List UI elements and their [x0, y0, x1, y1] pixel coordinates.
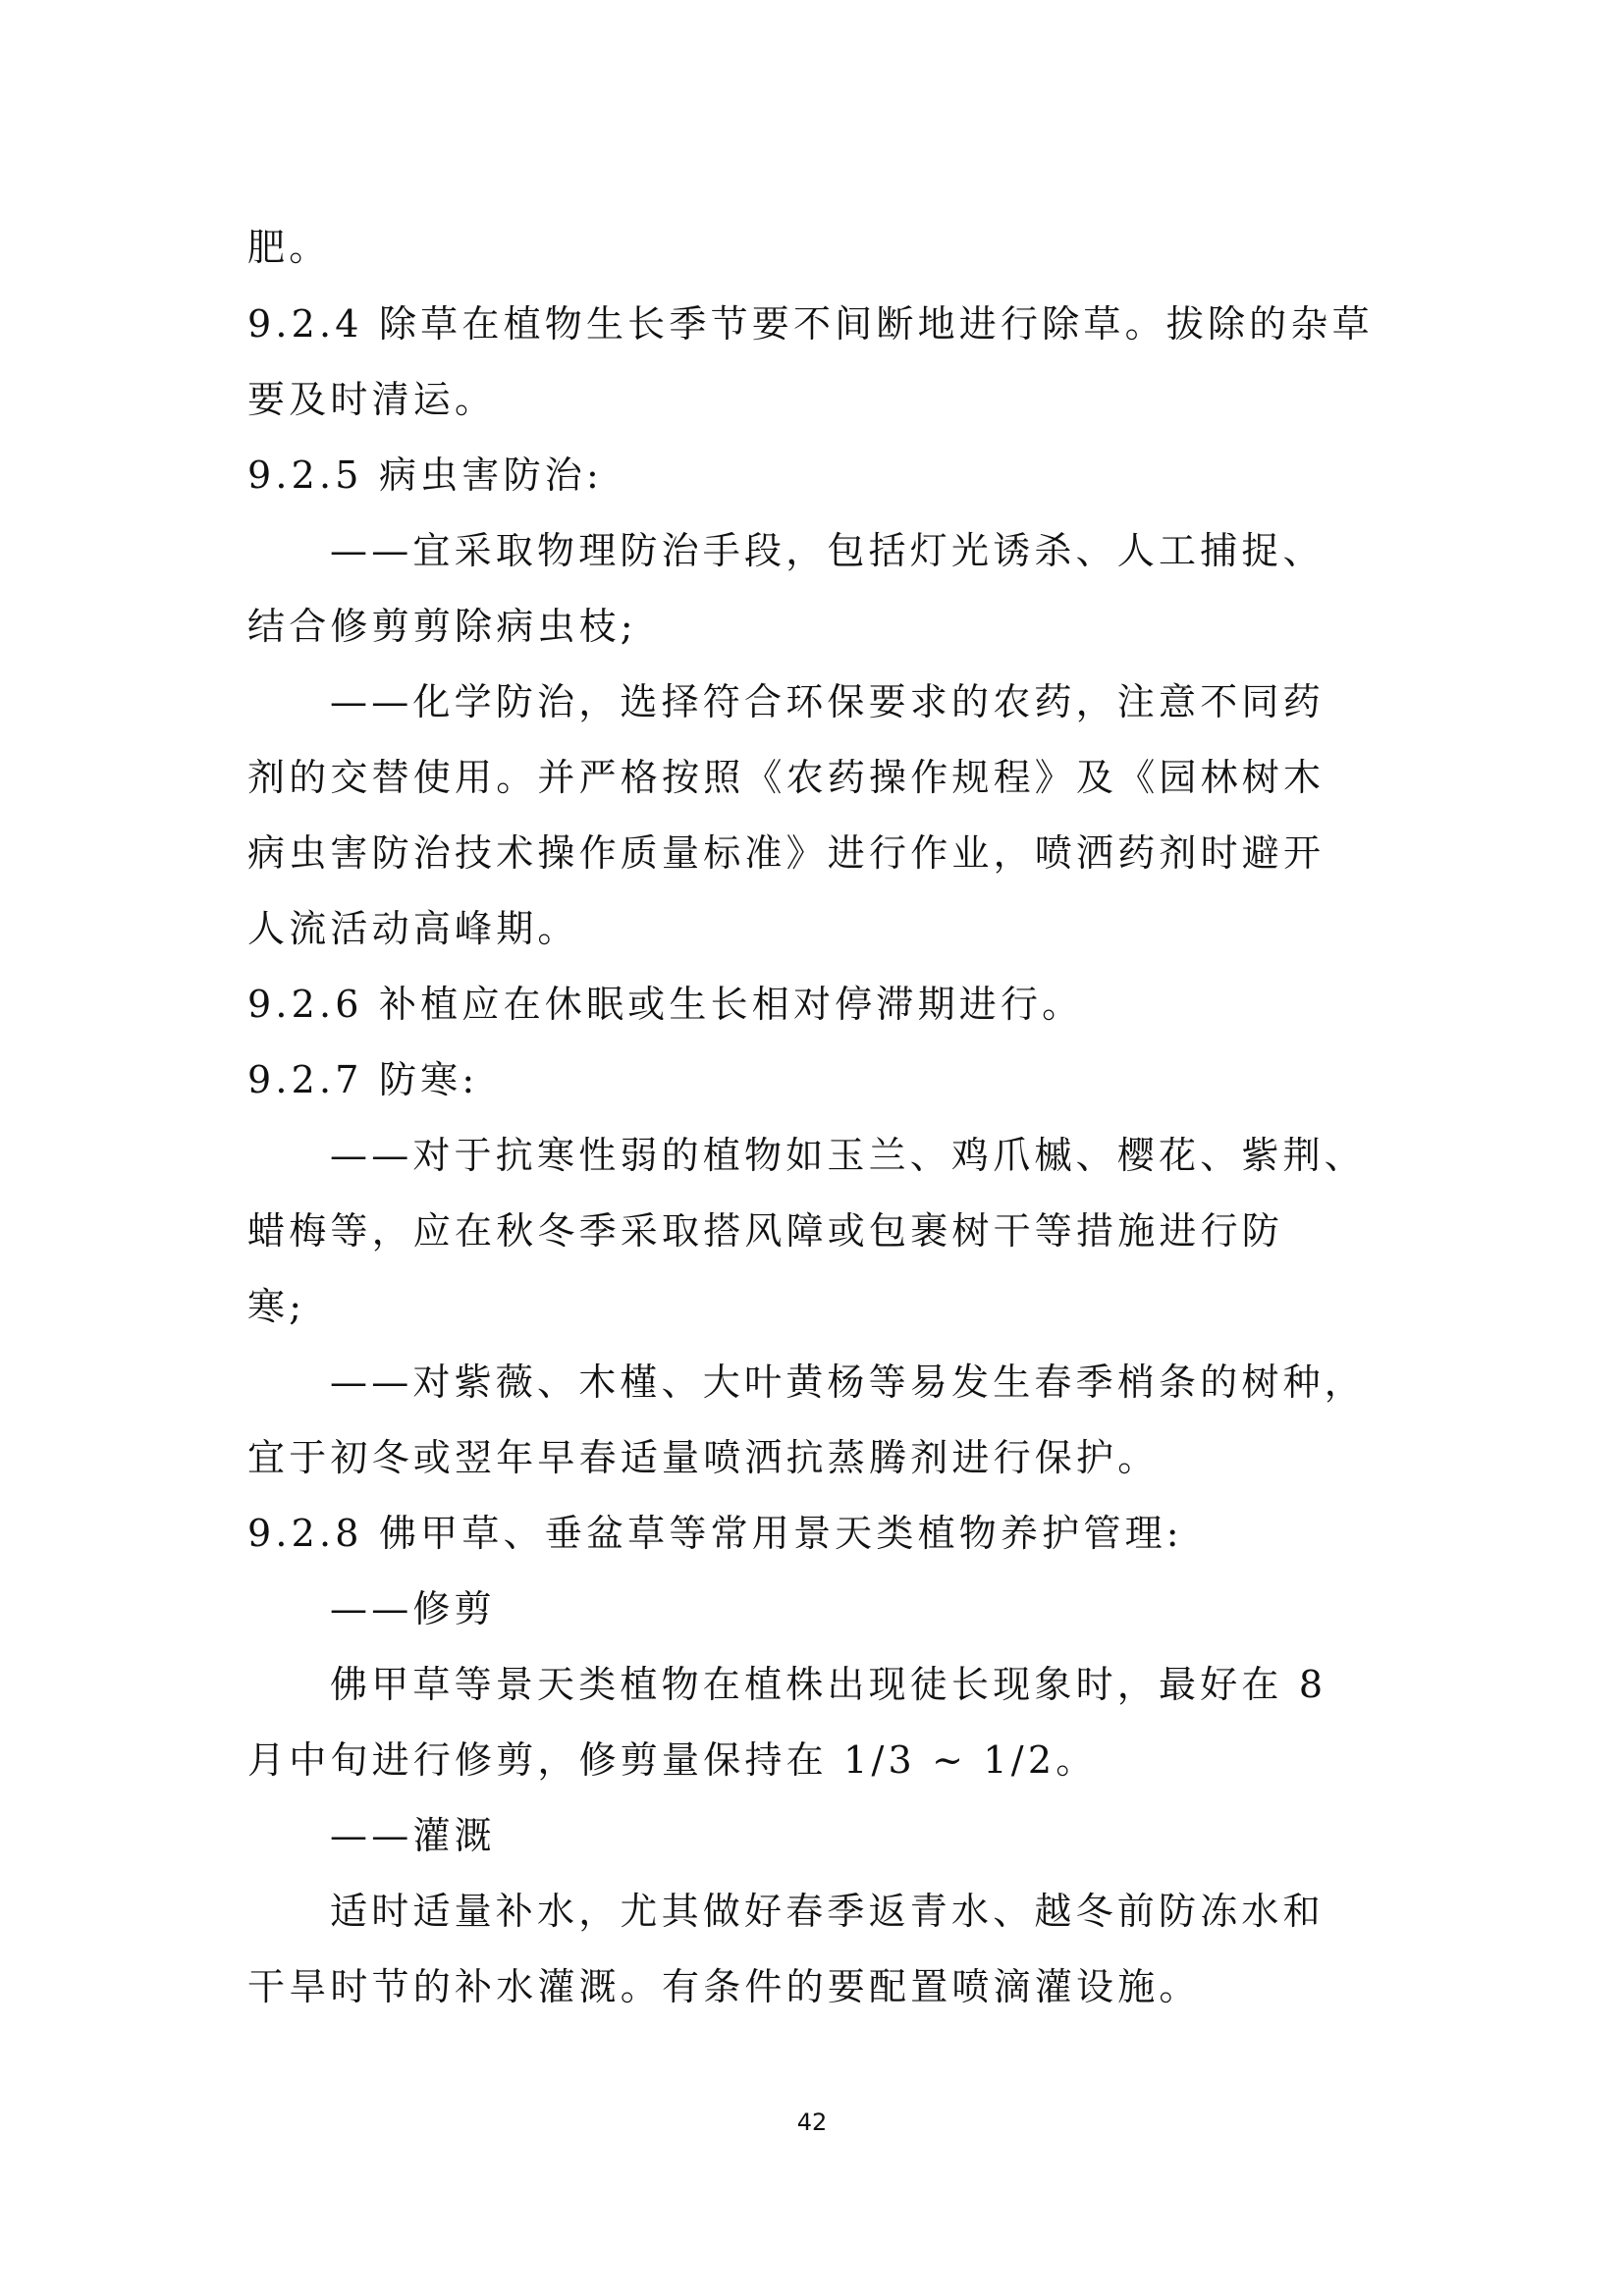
subheading-irrigation: ——灌溉: [330, 1812, 496, 1859]
text-line: 宜于初冬或翌年早春适量喷洒抗蒸腾剂进行保护。: [247, 1434, 1159, 1481]
text-line: 干旱时节的补水灌溉。有条件的要配置喷滴灌设施。: [247, 1963, 1201, 2010]
section-9-2-5-heading: 9.2.5 病虫害防治:: [247, 452, 603, 499]
text-line: 结合修剪剪除病虫枝;: [247, 603, 637, 650]
text-line: 月中旬进行修剪，修剪量保持在 1/3 ~ 1/2。: [247, 1736, 1097, 1784]
list-item-anti-transpirant: ——对紫薇、木槿、大叶黄杨等易发生春季梢条的树种，: [330, 1359, 1366, 1406]
paragraph-irrigation: 适时适量补水，尤其做好春季返青水、越冬前防冻水和: [330, 1888, 1325, 1935]
text-line: 人流活动高峰期。: [247, 905, 579, 952]
document-page: 肥。 9.2.4 除草在植物生长季节要不间断地进行除草。拔除的杂草 要及时清运。…: [0, 0, 1624, 2296]
paragraph-pruning: 佛甲草等景天类植物在植株出现徒长现象时，最好在 8: [330, 1661, 1326, 1708]
section-9-2-4: 9.2.4 除草在植物生长季节要不间断地进行除草。拔除的杂草: [247, 300, 1374, 347]
text-line: 剂的交替使用。并严格按照《农药操作规程》及《园林树木: [247, 754, 1325, 801]
section-9-2-7-heading: 9.2.7 防寒:: [247, 1056, 478, 1103]
section-9-2-8-heading: 9.2.8 佛甲草、垂盆草等常用景天类植物养护管理:: [247, 1510, 1183, 1557]
subheading-pruning: ——修剪: [330, 1585, 496, 1632]
text-line: 要及时清运。: [247, 376, 496, 423]
page-number: 42: [0, 2109, 1624, 2136]
list-item-chemical-control: ——化学防治，选择符合环保要求的农药，注意不同药: [330, 678, 1325, 725]
section-9-2-6: 9.2.6 补植应在休眠或生长相对停滞期进行。: [247, 981, 1083, 1028]
text-line: 蜡梅等，应在秋冬季采取搭风障或包裹树干等措施进行防: [247, 1207, 1283, 1255]
text-line: 寒;: [247, 1283, 305, 1330]
text-line: 病虫害防治技术操作质量标准》进行作业，喷洒药剂时避开: [247, 829, 1325, 877]
list-item-physical-control: ——宜采取物理防治手段，包括灯光诱杀、人工捕捉、: [330, 527, 1325, 574]
list-item-cold-weak-plants: ——对于抗寒性弱的植物如玉兰、鸡爪槭、樱花、紫荆、: [330, 1132, 1366, 1179]
text-line: 肥。: [247, 224, 330, 271]
